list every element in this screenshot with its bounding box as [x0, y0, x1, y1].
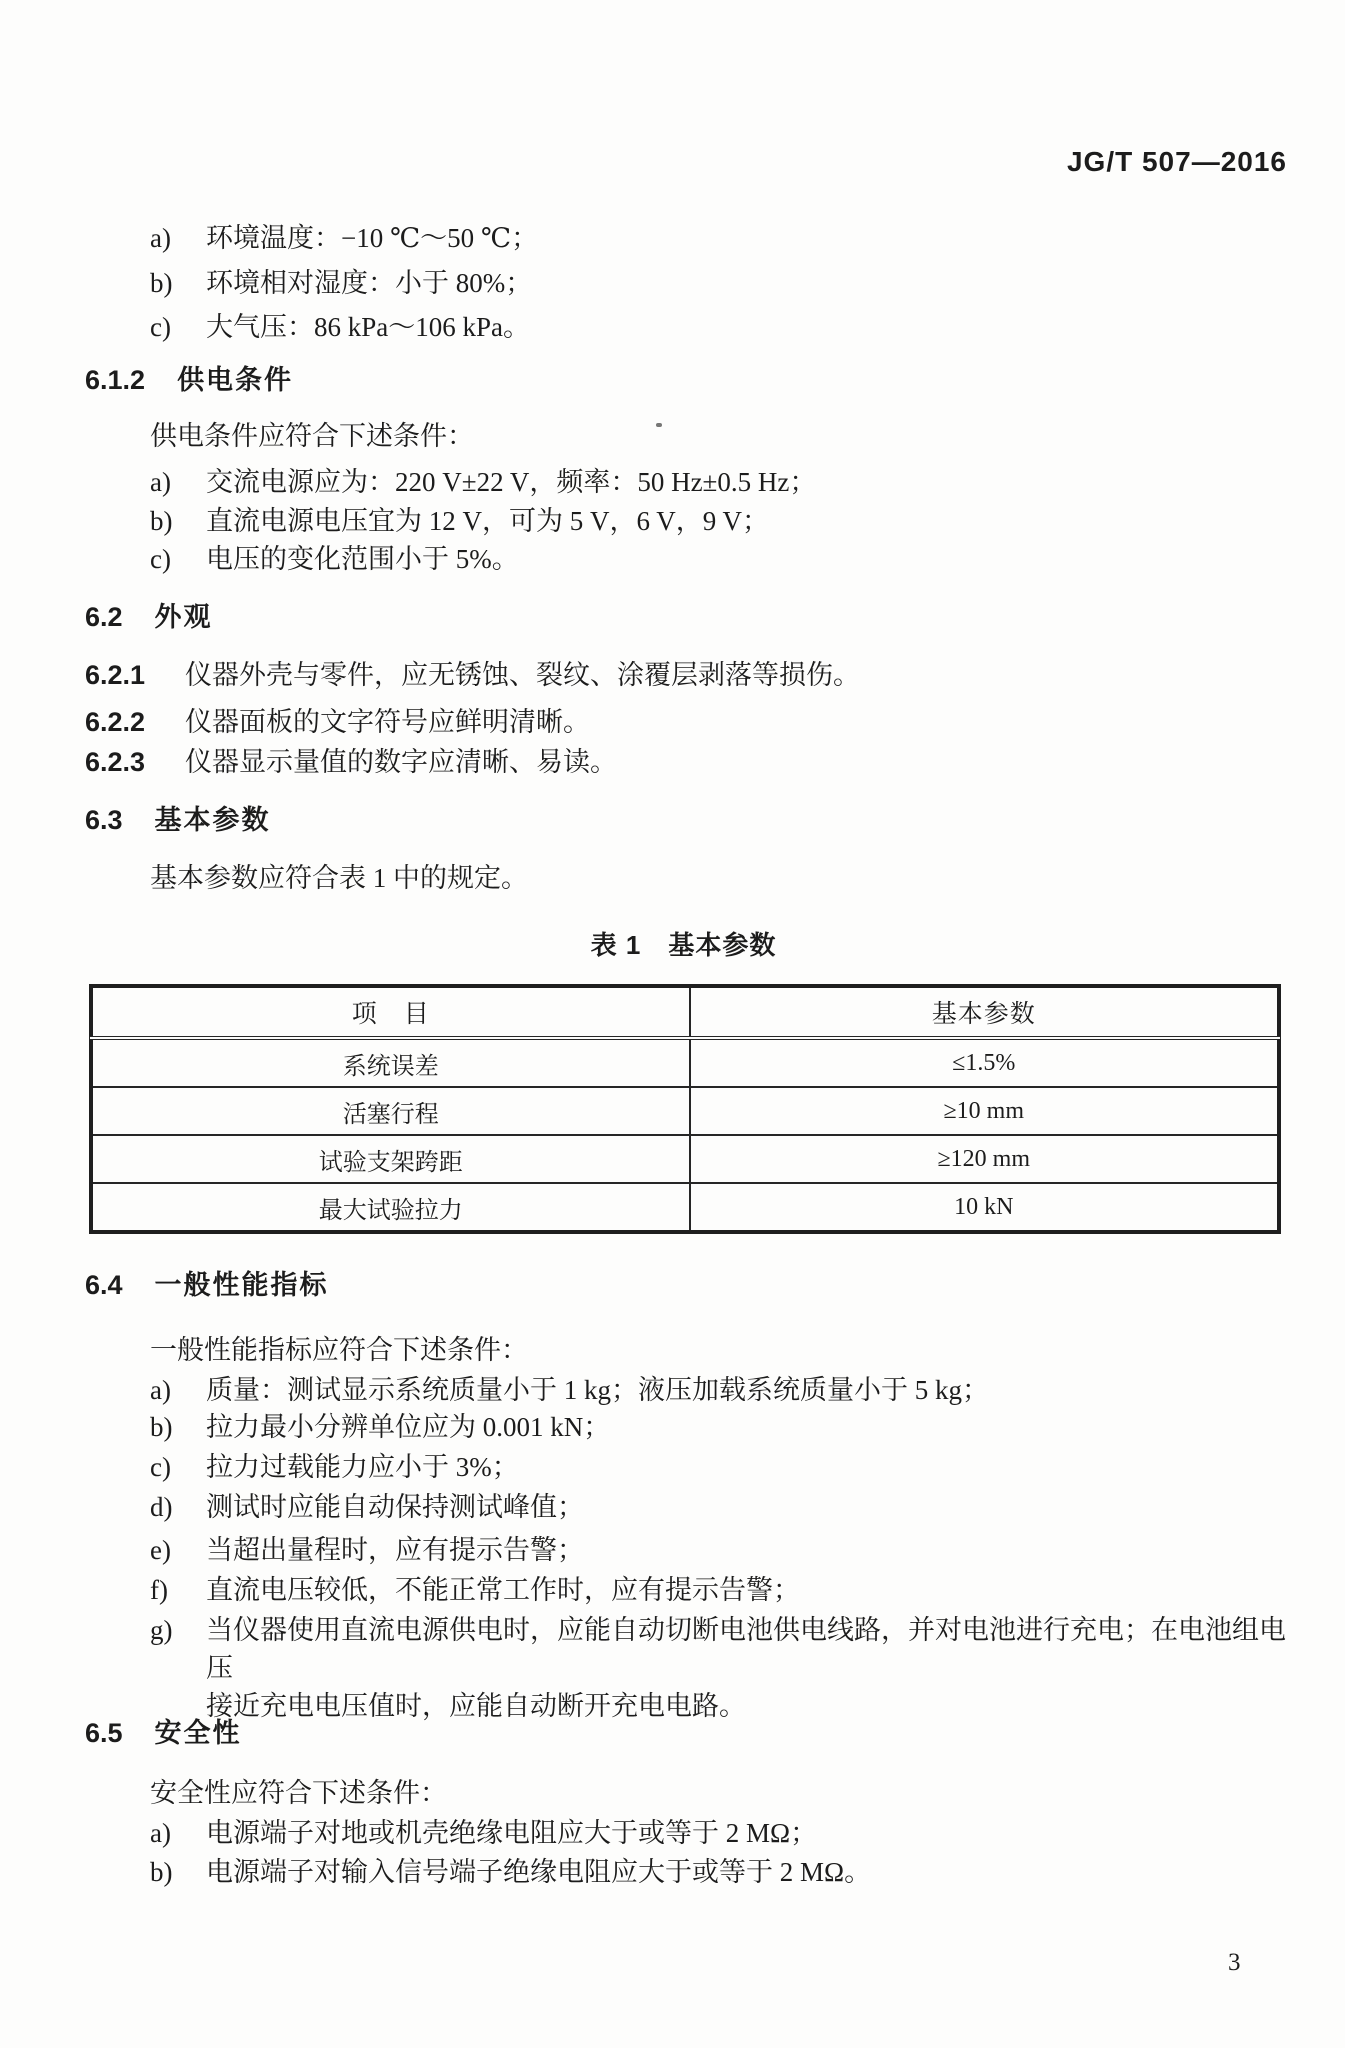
clause-number: 6.2.2 — [85, 703, 185, 741]
table-row: 系统误差 ≤1.5% — [92, 1038, 1279, 1087]
list-marker: c) — [150, 540, 206, 578]
section-title: 一般性能指标 — [155, 1266, 329, 1304]
doc-number-header: JG/T 507—2016 — [1067, 143, 1287, 181]
list-item: d) 测试时应能自动保持测试峰值； — [150, 1488, 584, 1526]
list-text: 环境相对湿度：小于 80%； — [206, 264, 532, 302]
paragraph: 安全性应符合下述条件： — [150, 1774, 447, 1812]
list-text-line: 当仪器使用直流电源供电时，应能自动切断电池供电线路，并对电池进行充电；在电池组电… — [206, 1611, 1292, 1687]
paragraph: 供电条件应符合下述条件： — [150, 417, 474, 455]
table-row: 试验支架跨距 ≥120 mm — [92, 1135, 1279, 1183]
list-text: 当仪器使用直流电源供电时，应能自动切断电池供电线路，并对电池进行充电；在电池组电… — [206, 1611, 1292, 1725]
table-caption: 表 1 基本参数 — [90, 926, 1277, 964]
list-item: c) 电压的变化范围小于 5%。 — [150, 540, 519, 578]
list-text: 电源端子对输入信号端子绝缘电阻应大于或等于 2 MΩ。 — [206, 1853, 871, 1891]
table-cell-item: 系统误差 — [92, 1038, 690, 1087]
section-title: 供电条件 — [177, 361, 293, 399]
list-marker: b) — [150, 1408, 206, 1446]
clause-6-2-1: 6.2.1 仪器外壳与零件，应无锈蚀、裂纹、涂覆层剥落等损伤。 — [85, 656, 860, 694]
document-page: JG/T 507—2016 a) 环境温度：−10 ℃～50 ℃； b) 环境相… — [0, 0, 1345, 2048]
list-item: b) 环境相对湿度：小于 80%； — [150, 264, 532, 302]
list-text: 交流电源应为：220 V±22 V，频率：50 Hz±0.5 Hz； — [206, 463, 816, 501]
section-number: 6.3 — [85, 801, 123, 839]
list-marker: e) — [150, 1531, 206, 1569]
list-item: b) 直流电源电压宜为 12 V，可为 5 V，6 V，9 V； — [150, 502, 769, 540]
list-text: 电源端子对地或机壳绝缘电阻应大于或等于 2 MΩ； — [206, 1814, 817, 1852]
clause-text: 仪器显示量值的数字应清晰、易读。 — [185, 743, 617, 781]
list-marker: a) — [150, 1814, 206, 1852]
list-item: e) 当超出量程时，应有提示告警； — [150, 1531, 584, 1569]
list-text-line: 接近充电电压值时，应能自动断开充电电路。 — [206, 1687, 1292, 1725]
list-item: a) 质量：测试显示系统质量小于 1 kg；液压加载系统质量小于 5 kg； — [150, 1371, 989, 1409]
clause-number: 6.2.1 — [85, 656, 185, 694]
list-marker: a) — [150, 463, 206, 501]
section-number: 6.1.2 — [85, 361, 145, 399]
section-title: 基本参数 — [155, 801, 271, 839]
clause-6-2-2: 6.2.2 仪器面板的文字符号应鲜明清晰。 — [85, 703, 590, 741]
list-text: 直流电压较低，不能正常工作时，应有提示告警； — [206, 1571, 800, 1609]
section-number: 6.2 — [85, 598, 123, 636]
clause-text: 仪器外壳与零件，应无锈蚀、裂纹、涂覆层剥落等损伤。 — [185, 656, 860, 694]
section-heading-6-3: 6.3基本参数 — [85, 801, 271, 839]
table-col-header: 项 目 — [92, 987, 690, 1039]
section-title: 安全性 — [155, 1714, 242, 1752]
table-cell-item: 最大试验拉力 — [92, 1183, 690, 1232]
list-marker: b) — [150, 502, 206, 540]
list-marker: b) — [150, 1853, 206, 1891]
list-marker: b) — [150, 264, 206, 302]
clause-6-2-3: 6.2.3 仪器显示量值的数字应清晰、易读。 — [85, 743, 617, 781]
table-cell-value: ≥120 mm — [690, 1135, 1279, 1183]
list-text: 拉力最小分辨单位应为 0.001 kN； — [206, 1408, 610, 1446]
table-cell-item: 试验支架跨距 — [92, 1135, 690, 1183]
list-text: 测试时应能自动保持测试峰值； — [206, 1488, 584, 1526]
table-col-header: 基本参数 — [690, 987, 1279, 1039]
paragraph: 基本参数应符合表 1 中的规定。 — [150, 859, 528, 897]
list-marker: g) — [150, 1611, 206, 1725]
list-item: g) 当仪器使用直流电源供电时，应能自动切断电池供电线路，并对电池进行充电；在电… — [150, 1611, 1292, 1725]
list-marker: c) — [150, 1448, 206, 1486]
paragraph: 一般性能指标应符合下述条件： — [150, 1331, 528, 1369]
basic-parameters-table: 项 目 基本参数 系统误差 ≤1.5% 活塞行程 ≥10 mm 试验支架跨距 ≥… — [90, 985, 1280, 1233]
table-row: 最大试验拉力 10 kN — [92, 1183, 1279, 1232]
list-item: f) 直流电压较低，不能正常工作时，应有提示告警； — [150, 1571, 800, 1609]
list-item: c) 拉力过载能力应小于 3%； — [150, 1448, 519, 1486]
list-marker: c) — [150, 308, 206, 346]
list-item: a) 交流电源应为：220 V±22 V，频率：50 Hz±0.5 Hz； — [150, 463, 816, 501]
list-marker: a) — [150, 219, 206, 257]
page-number: 3 — [1228, 1944, 1241, 1982]
table-cell-value: 10 kN — [690, 1183, 1279, 1232]
list-text: 质量：测试显示系统质量小于 1 kg；液压加载系统质量小于 5 kg； — [206, 1371, 989, 1409]
clause-text: 仪器面板的文字符号应鲜明清晰。 — [185, 703, 590, 741]
list-item: a) 环境温度：−10 ℃～50 ℃； — [150, 219, 538, 257]
list-item: b) 电源端子对输入信号端子绝缘电阻应大于或等于 2 MΩ。 — [150, 1853, 871, 1891]
section-number: 6.5 — [85, 1714, 123, 1752]
list-text: 直流电源电压宜为 12 V，可为 5 V，6 V，9 V； — [206, 502, 769, 540]
section-heading-6-5: 6.5安全性 — [85, 1714, 242, 1752]
list-text: 环境温度：−10 ℃～50 ℃； — [206, 219, 538, 257]
scan-speck — [656, 423, 662, 427]
table-cell-value: ≤1.5% — [690, 1038, 1279, 1087]
section-heading-6-2: 6.2外观 — [85, 598, 213, 636]
table-header-row: 项 目 基本参数 — [92, 987, 1279, 1039]
list-marker: d) — [150, 1488, 206, 1526]
table-cell-value: ≥10 mm — [690, 1087, 1279, 1135]
list-marker: f) — [150, 1571, 206, 1609]
list-item: c) 大气压：86 kPa～106 kPa。 — [150, 308, 530, 346]
table-row: 活塞行程 ≥10 mm — [92, 1087, 1279, 1135]
clause-number: 6.2.3 — [85, 743, 185, 781]
section-heading-6-1-2: 6.1.2供电条件 — [85, 361, 293, 399]
list-marker: a) — [150, 1371, 206, 1409]
list-text: 大气压：86 kPa～106 kPa。 — [206, 308, 530, 346]
list-item: b) 拉力最小分辨单位应为 0.001 kN； — [150, 1408, 610, 1446]
table-cell-item: 活塞行程 — [92, 1087, 690, 1135]
section-heading-6-4: 6.4一般性能指标 — [85, 1266, 329, 1304]
section-number: 6.4 — [85, 1266, 123, 1304]
list-item: a) 电源端子对地或机壳绝缘电阻应大于或等于 2 MΩ； — [150, 1814, 817, 1852]
list-text: 拉力过载能力应小于 3%； — [206, 1448, 519, 1486]
list-text: 当超出量程时，应有提示告警； — [206, 1531, 584, 1569]
list-text: 电压的变化范围小于 5%。 — [206, 540, 519, 578]
section-title: 外观 — [155, 598, 213, 636]
